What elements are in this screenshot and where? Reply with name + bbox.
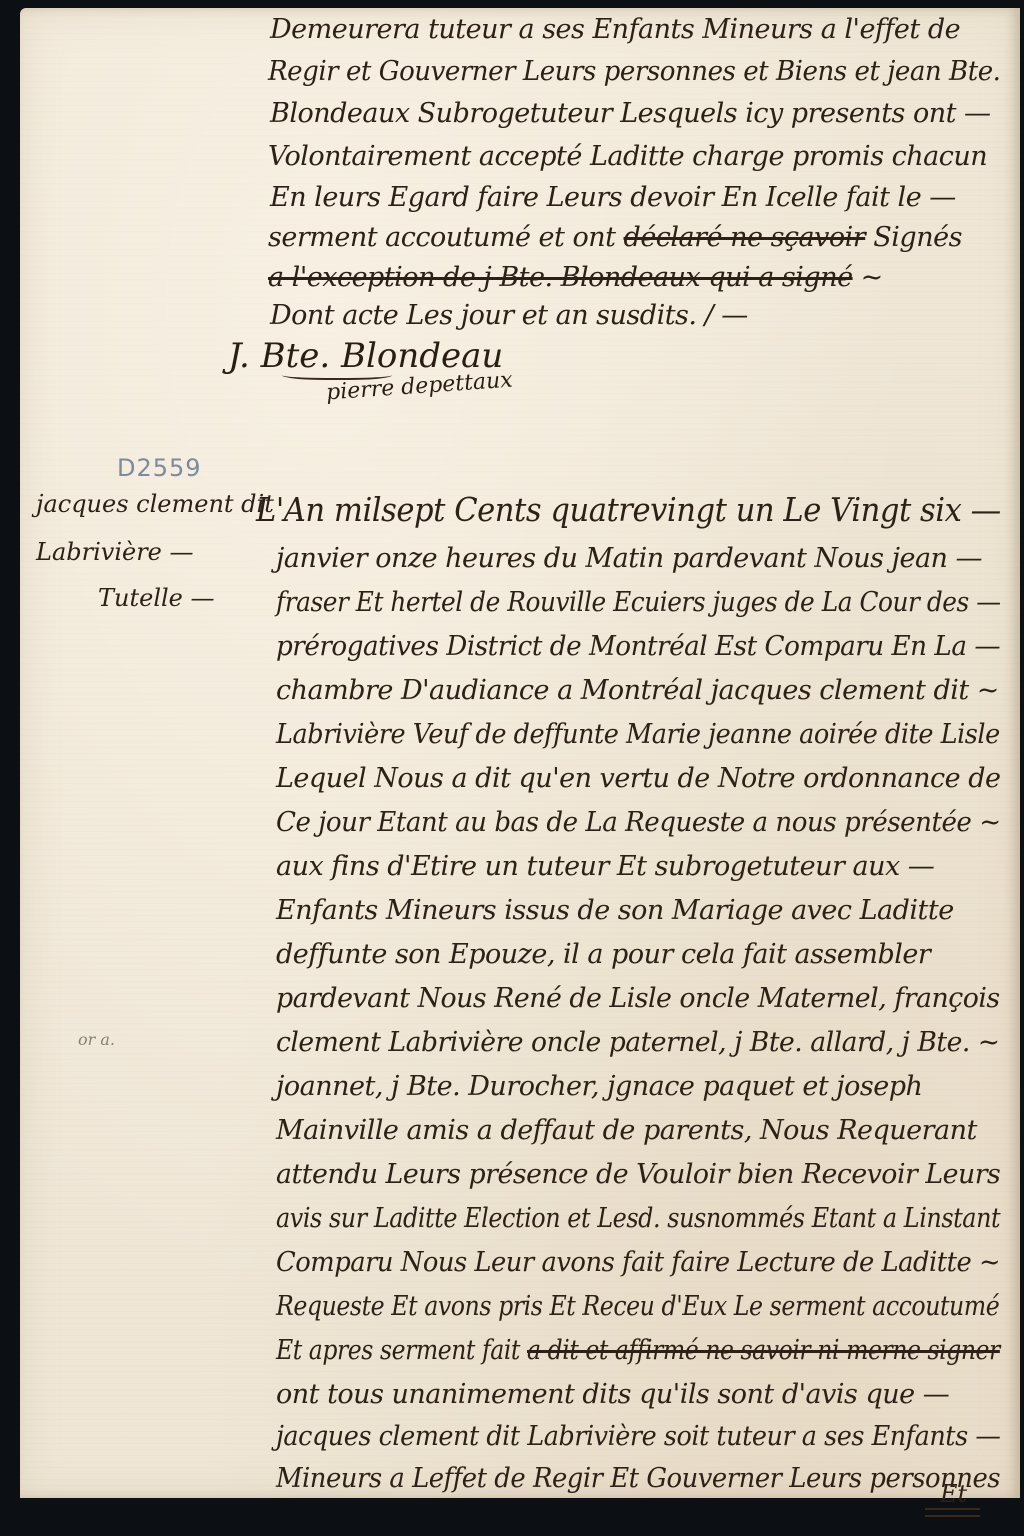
text-line: joannet, j Bte. Durocher, jgnace paquet …	[276, 1071, 922, 1102]
text-line: attendu Leurs présence de Vouloir bien R…	[276, 1159, 1000, 1190]
text-line: ont tous unanimement dits qu'ils sont d'…	[276, 1379, 949, 1410]
text-segment: serment accoutumé et ont	[268, 222, 615, 253]
catchword-underline	[925, 1508, 980, 1517]
text-line: pardevant Nous René de Lisle oncle Mater…	[276, 983, 1000, 1014]
text-line: janvier onze heures du Matin pardevant N…	[276, 543, 982, 574]
text-line: serment accoutumé et ont déclaré ne sçav…	[268, 222, 962, 253]
struck-text: a dit et affirmé ne savoir ni merne sign…	[527, 1335, 1000, 1366]
archive-reference: D2559	[117, 454, 202, 482]
text-line: fraser Et hertel de Rouville Ecuiers jug…	[276, 587, 1001, 618]
struck-text: a l'exception de j Bte. Blondeaux qui a …	[268, 262, 853, 293]
text-line-opening: L'An milsept Cents quatrevingt un Le Vin…	[256, 490, 1001, 529]
text-line: Labrivière Veuf de deffunte Marie jeanne…	[276, 719, 1000, 750]
margin-line: Tutelle —	[98, 584, 215, 612]
margin-line: Labrivière —	[36, 538, 194, 566]
text-line: Comparu Nous Leur avons fait faire Lectu…	[276, 1247, 1000, 1278]
text-line: Mineurs a Leffet de Regir Et Gouverner L…	[276, 1463, 1000, 1494]
struck-text: déclaré ne sçavoir	[624, 222, 866, 253]
text-segment: Et apres serment fait	[276, 1335, 520, 1366]
text-line: jacques clement dit Labrivière soit tute…	[276, 1421, 1000, 1452]
manuscript-page: Demeurera tuteur a ses Enfants Mineurs a…	[20, 8, 1020, 1498]
text-line: Regir et Gouverner Leurs personnes et Bi…	[268, 56, 1000, 87]
text-line: clement Labrivière oncle paternel, j Bte…	[276, 1027, 1000, 1058]
text-line: Mainville amis a deffaut de parents, Nou…	[276, 1115, 977, 1146]
text-line: Lequel Nous a dit qu'en vertu de Notre o…	[276, 763, 1000, 794]
text-line: Volontairement accepté Laditte charge pr…	[268, 141, 987, 172]
text-line: a l'exception de j Bte. Blondeaux qui a …	[268, 262, 883, 293]
text-line: Ce jour Etant au bas de La Requeste a no…	[276, 807, 1001, 838]
text-segment: Signés	[873, 222, 962, 253]
text-line: prérogatives District de Montréal Est Co…	[276, 631, 1000, 662]
text-line: Dont acte Les jour et an susdits. / —	[270, 300, 748, 331]
text-line: Blondeaux Subrogetuteur Lesquels icy pre…	[270, 98, 991, 129]
text-line: Requeste Et avons pris Et Receu d'Eux Le…	[276, 1291, 999, 1322]
faint-margin-text: or a.	[78, 1030, 115, 1049]
text-line: Et apres serment fait a dit et affirmé n…	[276, 1335, 1000, 1366]
text-line: avis sur Laditte Election et Lesd. susno…	[276, 1203, 1000, 1234]
text-line: deffunte son Epouze, il a pour cela fait…	[276, 939, 930, 970]
text-line: En leurs Egard faire Leurs devoir En Ice…	[270, 182, 956, 213]
text-line: Demeurera tuteur a ses Enfants Mineurs a…	[270, 14, 960, 45]
text-line: Enfants Mineurs issus de son Mariage ave…	[276, 895, 954, 926]
margin-line: jacques clement dit	[36, 490, 274, 518]
text-line: chambre D'audiance a Montréal jacques cl…	[276, 675, 999, 706]
catchword: Et	[940, 1480, 967, 1508]
text-line: aux fins d'Etire un tuteur Et subrogetut…	[276, 851, 934, 882]
text-segment: ~	[861, 262, 883, 293]
